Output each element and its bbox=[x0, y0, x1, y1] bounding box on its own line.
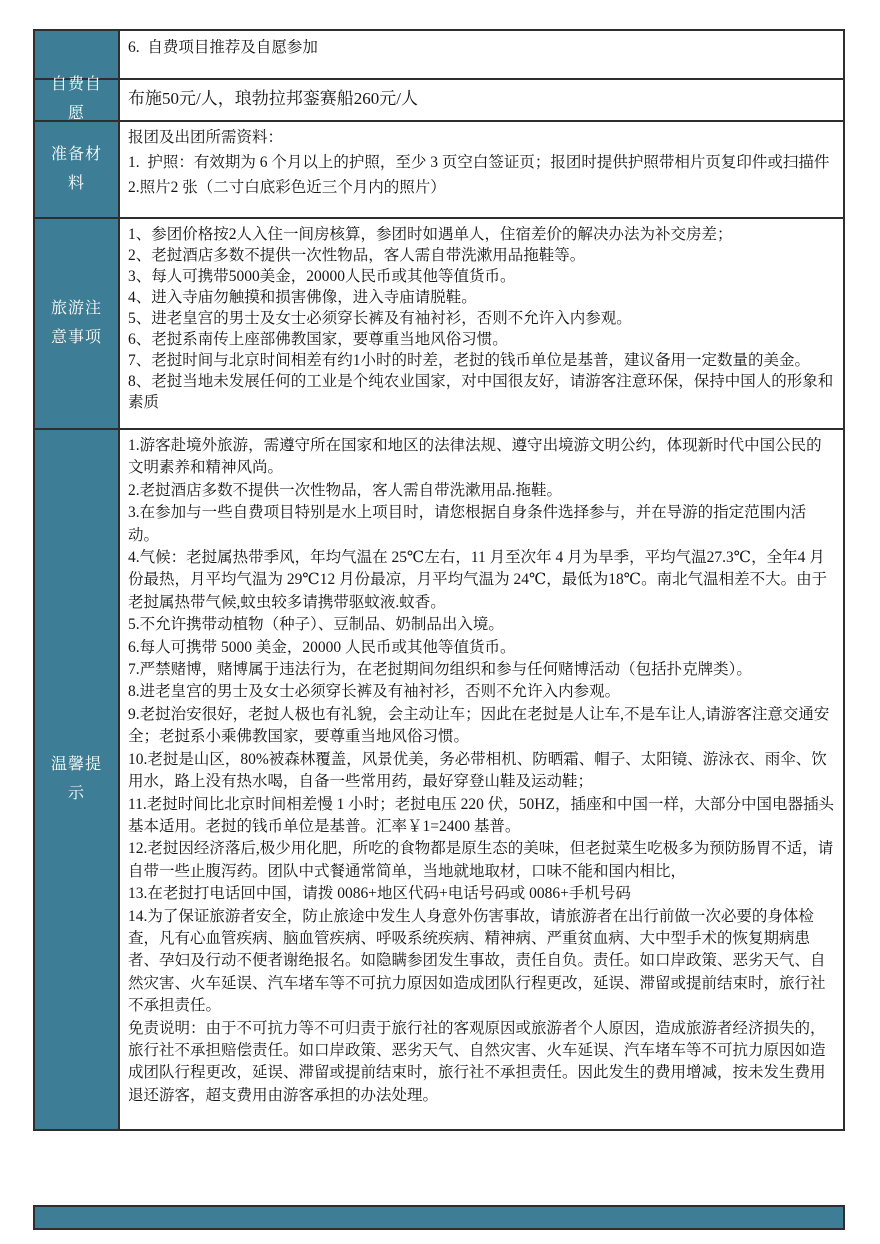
paragraph: 11.老挝时间比北京时间相差慢 1 小时；老挝电压 220 伏，50HZ，插座和… bbox=[128, 794, 837, 839]
paragraph: 3、每人可携带5000美金，20000人民币或其他等值货币。 bbox=[128, 266, 837, 287]
label-cell-travel-notes: 旅游注意事项 bbox=[35, 219, 120, 428]
paragraph: 5、进老皇宫的男士及女士必须穿长裤及有袖衬衫，否则不允许入内参观。 bbox=[128, 308, 837, 329]
content-cell-optional-fees: 布施50元/人，琅勃拉邦銮赛船260元/人 bbox=[120, 80, 843, 120]
paragraph: 6. 自费项目推荐及自愿参加 bbox=[128, 37, 837, 59]
paragraph: 13.在老挝打电话回中国，请拨 0086+地区代码+电话号码或 0086+手机号… bbox=[128, 883, 837, 905]
content-cell-preparation-materials: 报团及出团所需资料：1. 护照：有效期为 6 个月以上的护照，至少 3 页空白签… bbox=[120, 122, 843, 217]
paragraph: 布施50元/人，琅勃拉邦銮赛船260元/人 bbox=[128, 89, 418, 109]
itinerary-table: 6. 自费项目推荐及自愿参加 自费自愿 布施50元/人，琅勃拉邦銮赛船260元/… bbox=[33, 29, 845, 1131]
paragraph: 7、老挝时间与北京时间相差有约1小时的时差，老挝的钱币单位是基普，建议备用一定数… bbox=[128, 350, 837, 371]
paragraph: 1. 护照：有效期为 6 个月以上的护照，至少 3 页空白签证页；报团时提供护照… bbox=[128, 151, 837, 174]
content-cell-travel-notes: 1、参团价格按2人入住一间房核算，参团时如遇单人，住宿差价的解决办法为补交房差；… bbox=[120, 219, 843, 428]
paragraph: 10.老挝是山区，80%被森林覆盖，风景优美，务必带相机、防晒霜、帽子、太阳镜、… bbox=[128, 749, 837, 794]
paragraph: 6.每人可携带 5000 美金，20000 人民币或其他等值货币。 bbox=[128, 637, 837, 659]
paragraph: 7.严禁赌博，赌博属于违法行为，在老挝期间勿组织和参与任何赌博活动（包括扑克牌类… bbox=[128, 659, 837, 681]
paragraph: 1、参团价格按2人入住一间房核算，参团时如遇单人，住宿差价的解决办法为补交房差； bbox=[128, 224, 837, 245]
table-row-self-pay-items: 6. 自费项目推荐及自愿参加 bbox=[35, 31, 843, 80]
content-cell-warm-tips: 1.游客赴境外旅游，需遵守所在国家和地区的法律法规、遵守出境游文明公约，体现新时… bbox=[120, 430, 843, 1129]
paragraph: 1.游客赴境外旅游，需遵守所在国家和地区的法律法规、遵守出境游文明公约，体现新时… bbox=[128, 435, 837, 480]
next-table-row-fragment bbox=[33, 1205, 845, 1230]
content-cell-self-pay-items: 6. 自费项目推荐及自愿参加 bbox=[120, 31, 843, 78]
paragraph: 8、老挝当地未发展任何的工业是个纯农业国家，对中国很友好，请游客注意环保，保持中… bbox=[128, 371, 837, 413]
table-row-preparation-materials: 准备材料 报团及出团所需资料：1. 护照：有效期为 6 个月以上的护照，至少 3… bbox=[35, 122, 843, 219]
paragraph: 8.进老皇宫的男士及女士必须穿长裤及有袖衬衫，否则不允许入内参观。 bbox=[128, 681, 837, 703]
paragraph: 12.老挝因经济落后,极少用化肥，所吃的食物都是原生态的美味，但老挝菜生吃极多为… bbox=[128, 838, 837, 883]
paragraph: 14.为了保证旅游者安全，防止旅途中发生人身意外伤害事故，请旅游者在出行前做一次… bbox=[128, 906, 837, 1018]
label-cell-preparation-materials: 准备材料 bbox=[35, 122, 120, 217]
paragraph: 报团及出团所需资料： bbox=[128, 126, 837, 149]
paragraph: 6、老挝系南传上座部佛教国家，要尊重当地风俗习惯。 bbox=[128, 329, 837, 350]
paragraph: 2、老挝酒店多数不提供一次性物品，客人需自带洗漱用品拖鞋等。 bbox=[128, 245, 837, 266]
table-row-travel-notes: 旅游注意事项 1、参团价格按2人入住一间房核算，参团时如遇单人，住宿差价的解决办… bbox=[35, 219, 843, 430]
paragraph: 9.老挝治安很好，老挝人极也有礼貌，会主动让车；因此在老挝是人让车,不是车让人,… bbox=[128, 704, 837, 749]
label-cell-warm-tips: 温馨提示 bbox=[35, 430, 120, 1129]
paragraph: 5.不允许携带动植物（种子）、豆制品、奶制品出入境。 bbox=[128, 614, 837, 636]
paragraph: 4、进入寺庙勿触摸和损害佛像，进入寺庙请脱鞋。 bbox=[128, 287, 837, 308]
paragraph: 2.照片2 张（二寸白底彩色近三个月内的照片） bbox=[128, 176, 837, 199]
table-row-warm-tips: 温馨提示 1.游客赴境外旅游，需遵守所在国家和地区的法律法规、遵守出境游文明公约… bbox=[35, 430, 843, 1129]
paragraph: 免责说明：由于不可抗力等不可归责于旅行社的客观原因或旅游者个人原因，造成旅游者经… bbox=[128, 1018, 837, 1108]
label-cell-optional-fees: 自费自愿 bbox=[35, 80, 120, 120]
paragraph: 2.老挝酒店多数不提供一次性物品，客人需自带洗漱用品.拖鞋。 bbox=[128, 480, 837, 502]
paragraph: 4.气候：老挝属热带季风，年均气温在 25℃左右，11 月至次年 4 月为旱季，… bbox=[128, 547, 837, 614]
table-row-optional-fees: 自费自愿 布施50元/人，琅勃拉邦銮赛船260元/人 bbox=[35, 80, 843, 122]
paragraph: 3.在参加与一些自费项目特别是水上项目时，请您根据自身条件选择参与，并在导游的指… bbox=[128, 502, 837, 547]
document-page: { "colors":{ "label_bg":"#3d7e96", "bord… bbox=[0, 0, 880, 1244]
